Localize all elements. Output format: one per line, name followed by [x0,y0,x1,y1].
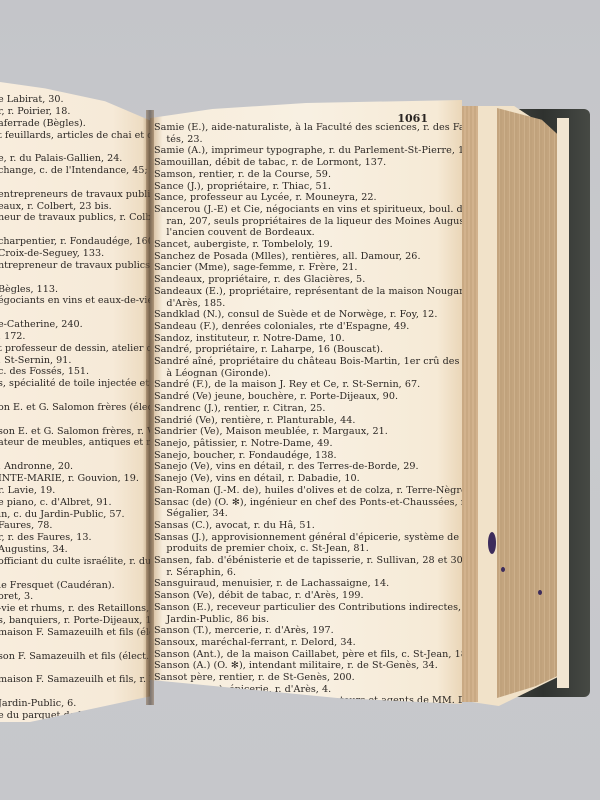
directory-entry-line: Bègles, 113. [0,284,150,296]
directory-entry-line: Sanejo (Ve), vins en détail, r. Dabadie,… [154,473,454,485]
directory-entry-line: Sandrier (Ve), Maison meublée, r. Margau… [154,426,454,438]
book-gutter [146,110,154,705]
page-edge-light [557,118,569,688]
directory-entry-line: Sandoz, instituteur, r. Notre-Dame, 10. [154,333,454,345]
directory-entry-line: ran, 207, seuls propriétaires de la liqu… [154,216,454,228]
directory-entry-line: change, c. de l'Intendance, 45; domicile… [0,165,150,177]
directory-entry-line: eaux, r. Colbert, 23 bis. [0,201,150,213]
ink-stain [501,567,505,572]
directory-entry-line: Sanson (Ant.), de la maison Caillabet, p… [154,649,454,661]
directory-entry-line [0,639,150,651]
directory-entry-line: Sansas (C.), avocat, r. du Hâ, 51. [154,520,454,532]
directory-entry-line: Samie (A.), imprimeur typographe, r. du … [154,145,454,157]
directory-entry-line: Sanson (E.), receveur particulier des Co… [154,602,454,614]
directory-entry-line: s, banquiers, r. Porte-Dijeaux, 18. [0,615,150,627]
directory-entry-line: l'ancien couvent de Bordeaux. [154,227,454,239]
directory-entry-line: t professeur de dessin, atelier de photo… [0,343,150,355]
directory-entry-line [0,224,150,236]
ink-stain [488,532,496,554]
directory-entry-line: entrepreneurs de travaux publics et de [0,189,150,201]
directory-entry-line: Sansot père, rentier, r. de St-Genès, 20… [154,672,454,684]
directory-entry-line: Sanejo, boucher, r. Fondaudége, 138. [154,450,454,462]
ink-stain [538,590,542,595]
directory-entry-line: Croix-de-Seguey, 133. [0,248,150,260]
directory-entry-line: Santa-Coloma et Ce, négociants-armateurs… [154,695,454,704]
directory-entry-line: Sandré (F.), de la maison J. Rey et Ce, … [154,379,454,391]
directory-entry-line: Samie (E.), aide-naturaliste, à la Facul… [154,122,454,134]
directory-entry-line: Sance (J.), propriétaire, r. Thiac, 51. [154,181,454,193]
directory-entry-line: e piano, c. d'Albret, 91. [0,497,150,509]
directory-entry-line: t feuillards, articles de chai et outils… [0,130,150,142]
directory-entry-line: s, spécialité de toile injectée et de st… [0,378,150,390]
directory-entry-line: Sandeau (F.), denrées coloniales, rte d'… [154,321,454,333]
directory-entry-line: charpentier, r. Fondaudége, 160. [0,236,150,248]
directory-entry-line: e, r. du Palais-Gallien, 24. [0,153,150,165]
directory-entry-line [0,686,150,698]
directory-entry-line [0,141,150,153]
directory-entry-line: Sanson (A.) (O. ✻), intendant militaire,… [154,660,454,672]
directory-entry-line [0,390,150,402]
directory-entry-line: Sansas (J.), approvisionnement général d… [154,532,454,544]
directory-entry-line: Sandeaux (E.), propriétaire, représentan… [154,286,454,298]
directory-entry-line [0,272,150,284]
directory-entry-line [0,414,150,426]
directory-entry-line: Sanejo (Ve), vins en détail, r. des Terr… [154,461,454,473]
directory-entry-line: son E. et G. Salomon frères, r. Vauban, … [0,426,150,438]
directory-entry-line: Sanson (Ve), débit de tabac, r. d'Arès, … [154,590,454,602]
directory-entry-line [0,307,150,319]
directory-entry-line: Sansguiraud, menuisier, r. de Lachassaig… [154,578,454,590]
directory-entry-line: le Fresquet (Caudéran). [0,580,150,592]
directory-entry-line: maison F. Samazeuilh et fils, r. Porte- [0,674,150,686]
directory-entry-line: , 172. [0,331,150,343]
directory-entry-line: Sancet, aubergiste, r. Tombeloly, 19. [154,239,454,251]
directory-entry-line [0,177,150,189]
directory-entry-line: Sansot (Mme), épicerie, r. d'Arès, 4. [154,684,454,696]
directory-entry-line: Sandrié (Ve), rentière, r. Planturable, … [154,415,454,427]
directory-entry-line: Sandeaux, propriétaire, r. des Glacières… [154,274,454,286]
directory-entry-line: neur de travaux publics, r. Colbert, [0,212,150,224]
directory-entry-line: ntrepreneur de travaux publics, r. Co [0,260,150,272]
left-page: e Labirat, 30.r, r. Poirier, 18.aferrade… [0,82,150,722]
directory-entry-line: égociants en vins et eaux-de-vie; bureau [0,295,150,307]
directory-entry-line: Augustins, 34. [0,544,150,556]
directory-entry-line: -vie et rhums, r. des Retaillons, 41. [0,603,150,615]
directory-entry-line: oret, 3. [0,591,150,603]
directory-entry-line: Ségalier, 34. [154,508,454,520]
directory-entry-line: Samouillan, débit de tabac, r. de Lormon… [154,157,454,169]
directory-entry-line: aferrade (Bègles). [0,118,150,130]
directory-entry-line: Sanejo, pâtissier, r. Notre-Dame, 49. [154,438,454,450]
directory-entry-line: Sandré, propriétaire, r. Laharpe, 16 (Bo… [154,344,454,356]
directory-entry-line: Sandré aîné, propriétaire du château Boi… [154,356,454,368]
directory-entry-line: . Andronne, 20. [0,461,150,473]
directory-entry-line: Sanchez de Posada (Mlles), rentières, al… [154,251,454,263]
directory-entry-line: in, c. du Jardin-Public, 57. [0,509,150,521]
right-page: 1061 Samie (E.), aide-naturaliste, à la … [150,100,462,704]
directory-entry-line: . St-Sernin, 91. [0,355,150,367]
page-edge-band [462,106,478,702]
directory-entry-line: Sandré (Ve) jeune, bouchère, r. Porte-Di… [154,391,454,403]
directory-entry-line: INTE-MARIE, r. Gouvion, 19. [0,473,150,485]
directory-entry-line: Jardin-Public, 86 bis. [154,614,454,626]
directory-entry-line: r. Séraphin, 6. [154,567,454,579]
left-page-text: e Labirat, 30.r, r. Poirier, 18.aferrade… [0,94,150,722]
directory-entry-line: Jardin-Public, 6. [0,698,150,710]
directory-entry-line [0,568,150,580]
directory-entry-line: e Labirat, 30. [0,94,150,106]
directory-entry-line: ateur de meubles, antiques et modernes, [0,437,150,449]
directory-entry-line: e-Catherine, 240. [0,319,150,331]
directory-entry-line: Sance, professeur au Lycée, r. Mouneyra,… [154,192,454,204]
directory-entry-line: Sancerou (J.-E) et Cie, négociants en vi… [154,204,454,216]
directory-entry-line: son F. Samazeuilh et fils (élect. com.),… [0,651,150,663]
directory-entry-line: Sansoux, maréchal-ferrant, r. Delord, 34… [154,637,454,649]
directory-entry-line: e du parquet de la Cour, au Palais de [0,710,150,722]
directory-entry-line: Samson, rentier, r. de la Course, 59. [154,169,454,181]
page-edge-band [497,108,561,698]
directory-entry-line: San-Roman (J.-M. de), huiles d'olives et… [154,485,454,497]
book-photo: e Labirat, 30.r, r. Poirier, 18.aferrade… [0,0,600,800]
directory-entry-line: r. Lavie, 19. [0,485,150,497]
directory-entry-line: Sansac (de) (O. ✻), ingénieur en chef de… [154,497,454,509]
directory-entry-line: à Léognan (Gironde). [154,368,454,380]
directory-entry-line: Sancier (Mme), sage-femme, r. Frère, 21. [154,262,454,274]
directory-entry-line: officiant du culte israélite, r. du Mira… [0,556,150,568]
directory-entry-line: Sandrenc (J.), rentier, r. Citran, 25. [154,403,454,415]
directory-entry-line: r, r. des Faures, 13. [0,532,150,544]
directory-entry-line: Sandklad (N.), consul de Suède et de Nor… [154,309,454,321]
right-page-text: Samie (E.), aide-naturaliste, à la Facul… [154,122,454,704]
directory-entry-line: d'Arès, 185. [154,298,454,310]
directory-entry-line: produits de premier choix, c. St-Jean, 8… [154,543,454,555]
directory-entry-line: Sanson (T.), mercerie, r. d'Arès, 197. [154,625,454,637]
directory-entry-line: maison F. Samazeuilh et fils (élect. com… [0,627,150,639]
directory-entry-line [0,449,150,461]
directory-entry-line [0,663,150,675]
directory-entry-line: tés, 23. [154,134,454,146]
directory-entry-line: on E. et G. Salomon frères (élect. com), [0,402,150,414]
directory-entry-line: Faures, 78. [0,520,150,532]
directory-entry-line: Sansen, fab. d'ébénisterie et de tapisse… [154,555,454,567]
directory-entry-line: r, r. Poirier, 18. [0,106,150,118]
directory-entry-line: c. des Fossés, 151. [0,366,150,378]
